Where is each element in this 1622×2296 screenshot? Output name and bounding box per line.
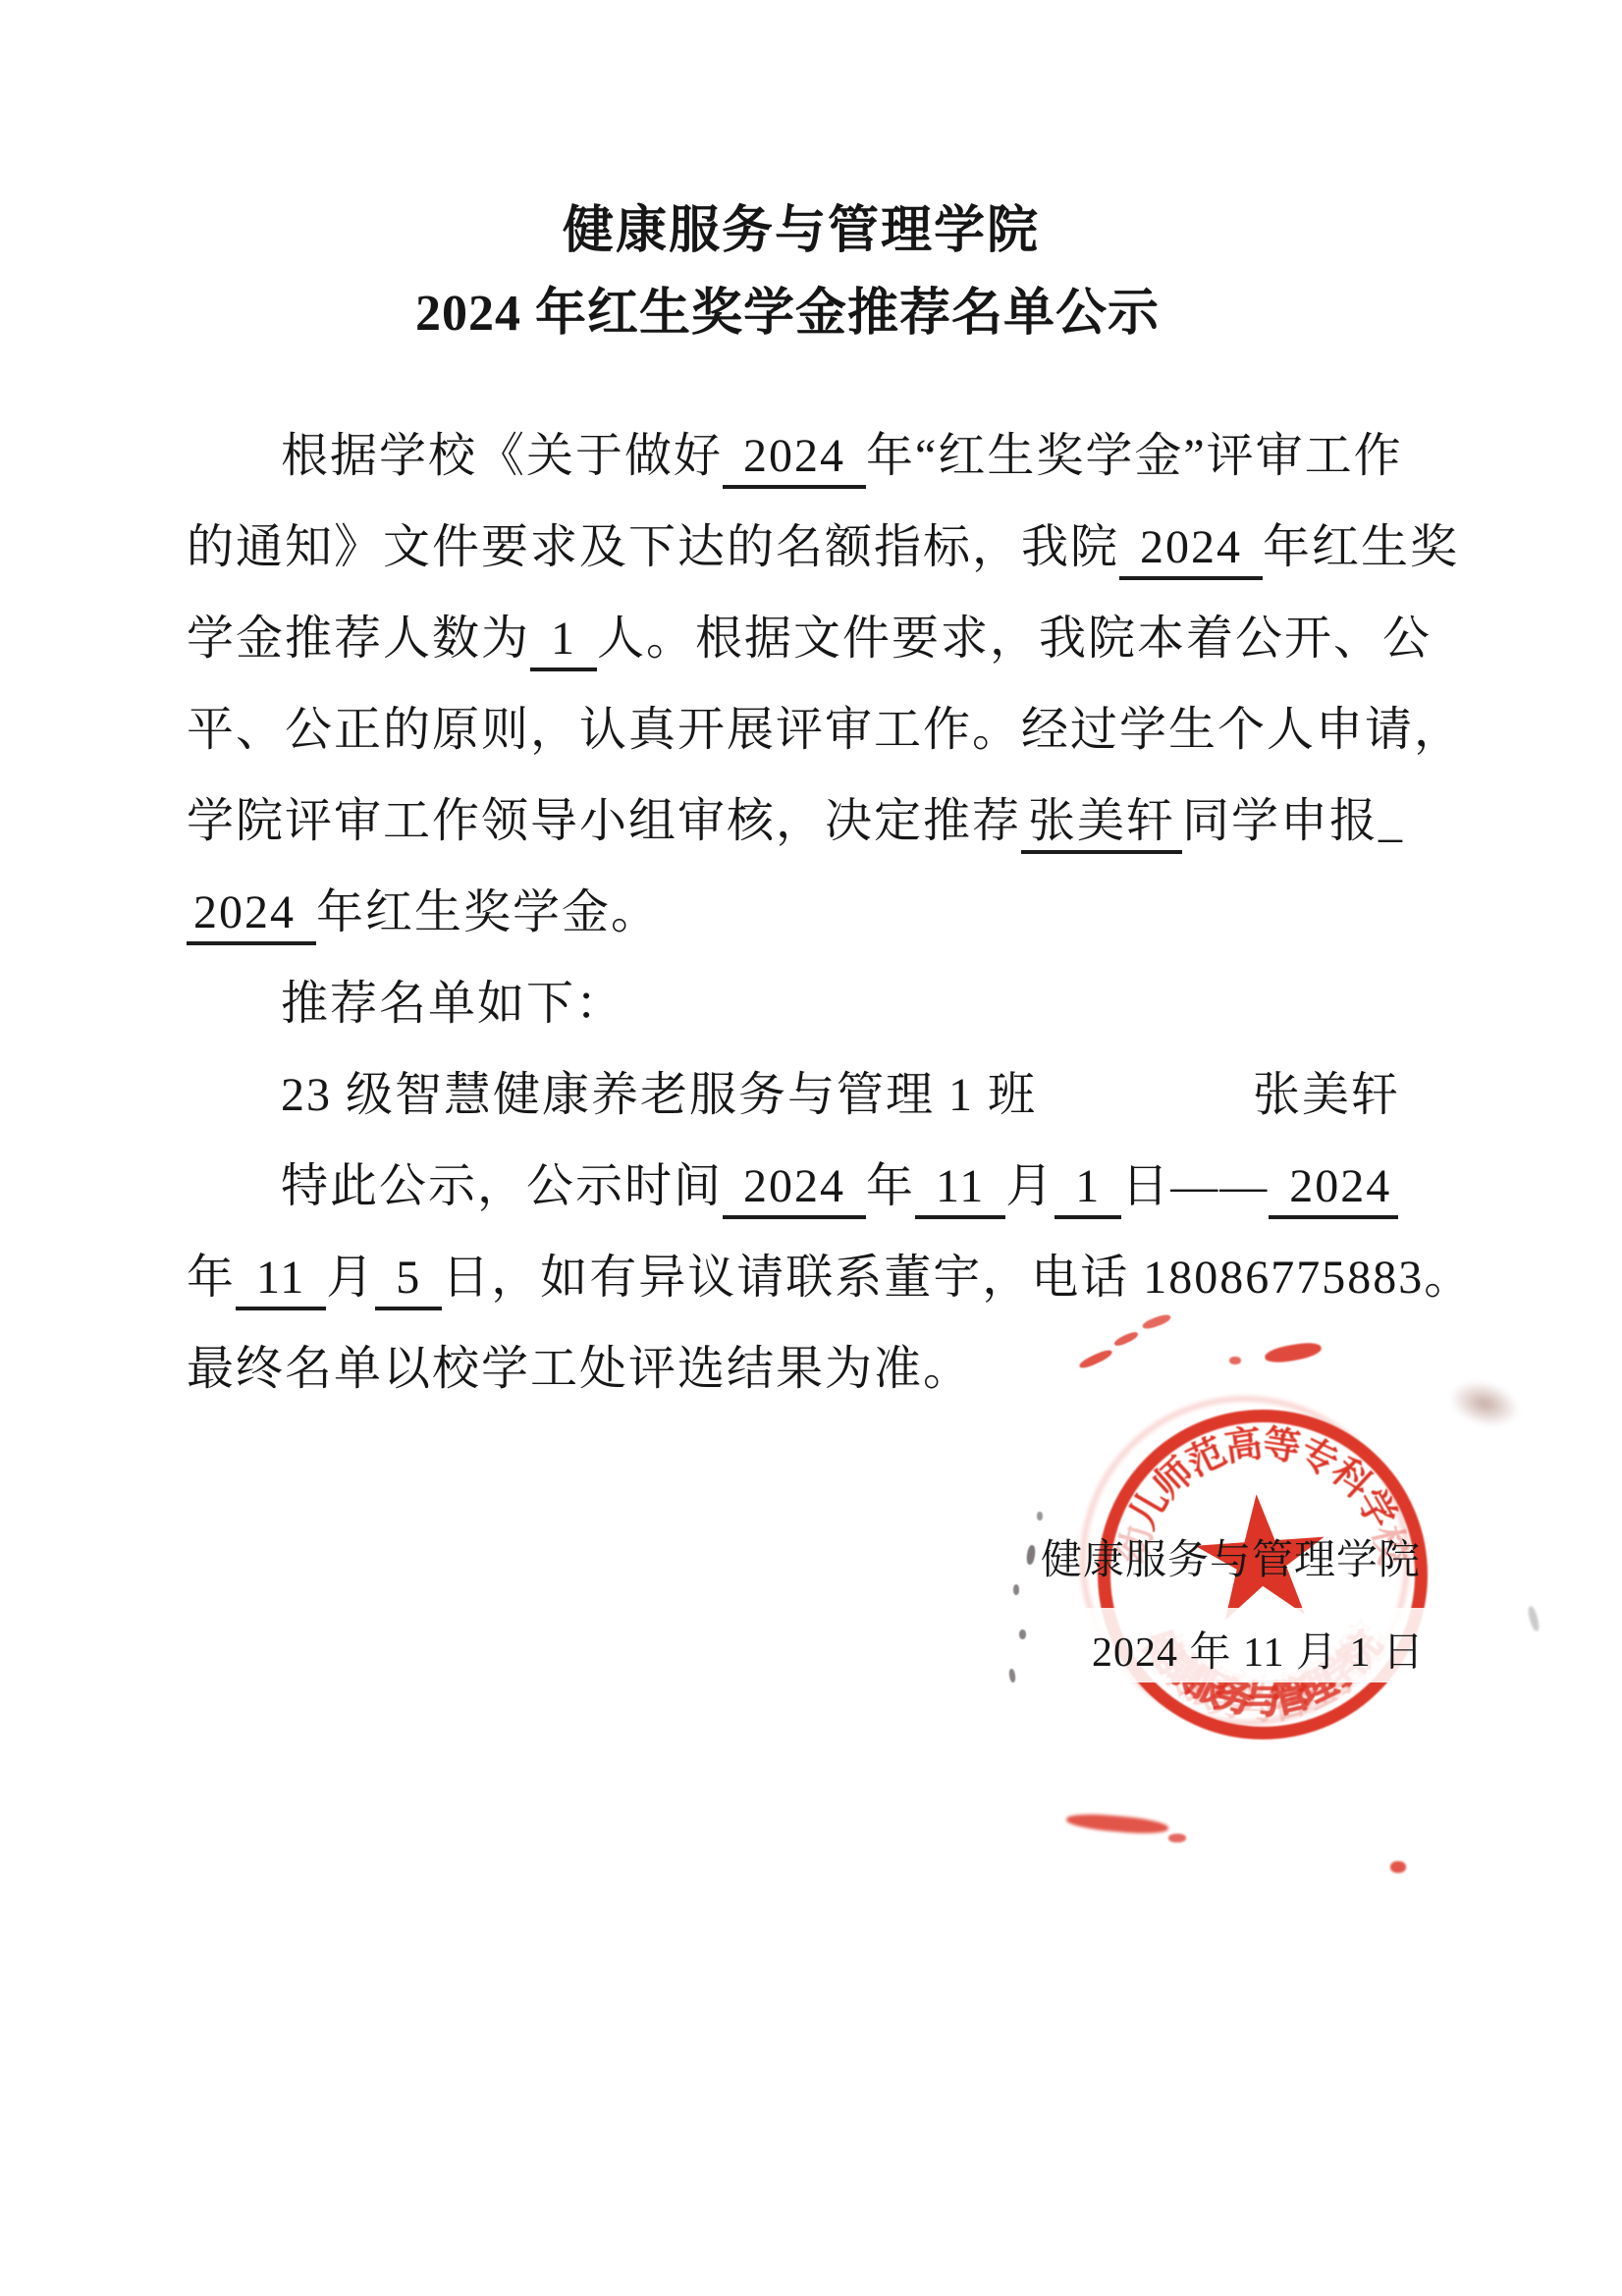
body-line: 2024 年红生奖学金。 bbox=[187, 869, 1532, 960]
text-run: 特此公示，公示时间 bbox=[281, 1160, 723, 1212]
underlined-text: 1 bbox=[530, 613, 597, 671]
document-title-line-2: 2024 年红生奖学金推荐名单公示 bbox=[415, 271, 1160, 345]
underlined-text: 2024 bbox=[723, 430, 866, 489]
text-run: 月 bbox=[1005, 1160, 1054, 1212]
text-run: 的通知》文件要求及下达的名额指标，我院 bbox=[187, 521, 1119, 573]
underlined-text: 张美轩 bbox=[1021, 795, 1182, 854]
text-run: 年 bbox=[187, 1252, 236, 1304]
text-run: 推荐名单如下： bbox=[281, 978, 624, 1030]
text-run: 人。根据文件要求，我院本着公开、公 bbox=[597, 613, 1432, 665]
underlined-text: 11 bbox=[236, 1252, 326, 1310]
underlined-text: 11 bbox=[915, 1160, 1005, 1219]
document-title-line-1: 健康服务与管理学院 bbox=[563, 188, 1040, 262]
text-run: 根据学校《关于做好 bbox=[281, 430, 723, 482]
underlined-text: 1 bbox=[1054, 1160, 1121, 1219]
body-line: 23 级智慧健康养老服务与管理 1 班张美轩 bbox=[187, 1051, 1532, 1143]
text-run: 年红生奖学金。 bbox=[316, 886, 660, 938]
underlined-text: 5 bbox=[375, 1252, 442, 1310]
underlined-text: 2024 bbox=[1119, 521, 1263, 580]
body-line: 的通知》文件要求及下达的名额指标，我院 2024 年红生奖 bbox=[187, 504, 1532, 595]
underlined-text: 2024 bbox=[1269, 1160, 1398, 1219]
page: 健康服务与管理学院 2024 年红生奖学金推荐名单公示 根据学校《关于做好 20… bbox=[0, 0, 1622, 2296]
text-run: 年“红生奖学金”评审工作 bbox=[866, 430, 1403, 482]
text-run: 年红生奖 bbox=[1263, 521, 1459, 573]
body-line: 学院评审工作领导小组审核，决定推荐张美轩同学申报_ bbox=[187, 777, 1532, 869]
text-run: 23 级智慧健康养老服务与管理 1 班 bbox=[281, 1069, 1037, 1121]
text-run: 月 bbox=[326, 1252, 375, 1304]
text-run: 年 bbox=[866, 1160, 915, 1212]
underlined-text: 2024 bbox=[723, 1160, 866, 1219]
text-run: 平、公正的原则，认真开展评审工作。经过学生个人申请， bbox=[187, 704, 1463, 756]
stamp-arc-top-char: 高 bbox=[1220, 1412, 1266, 1470]
text-run: 学金推荐人数为 bbox=[187, 613, 530, 665]
body-line: 学金推荐人数为 1 人。根据文件要求，我院本着公开、公 bbox=[187, 595, 1532, 686]
text-run: 同学申报 bbox=[1182, 795, 1379, 847]
text-run: 学院评审工作领导小组审核，决定推荐 bbox=[187, 795, 1021, 847]
body-line: 根据学校《关于做好 2024 年“红生奖学金”评审工作 bbox=[187, 412, 1532, 504]
text-run: 张美轩 bbox=[1253, 1069, 1400, 1121]
text-run: _ bbox=[1379, 795, 1404, 847]
signature-date: 2024 年 11 月 1 日 bbox=[1092, 1620, 1425, 1679]
text-run: 日—— bbox=[1121, 1160, 1269, 1212]
signature-org: 健康服务与管理学院 bbox=[1041, 1527, 1421, 1586]
body-line: 平、公正的原则，认真开展评审工作。经过学生个人申请， bbox=[187, 686, 1532, 777]
body-line: 推荐名单如下： bbox=[187, 960, 1532, 1051]
underlined-text: 2024 bbox=[187, 886, 316, 945]
text-run: 最终名单以校学工处评选结果为准。 bbox=[187, 1343, 972, 1395]
body-line: 特此公示，公示时间 2024 年 11 月 1 日—— 2024 bbox=[187, 1143, 1532, 1234]
